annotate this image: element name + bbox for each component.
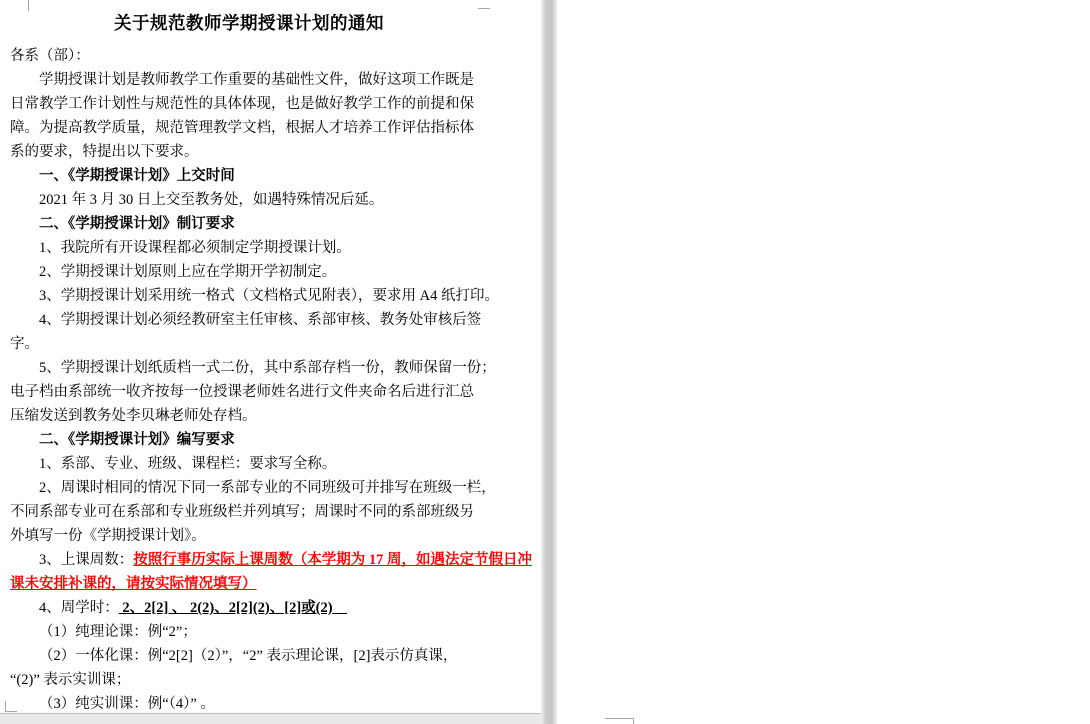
document-title: 关于规范教师学期授课计划的通知 bbox=[114, 13, 384, 33]
text-run: 不同系部专业可在系部和专业班级栏并列填写；周课时不同的系部班级另 bbox=[10, 504, 474, 520]
text-line: 2021 年 3 月 30 日上交至教务处，如遇特殊情况后延。 bbox=[10, 188, 488, 212]
text-line: “(2)” 表示实训课； bbox=[10, 668, 488, 692]
text-run: “(2)” 表示实训课； bbox=[10, 672, 130, 688]
text-line: 障。为提高教学质量，规范管理教学文档，根据人才培养工作评估指标体 bbox=[10, 116, 488, 140]
text-line: 课未安排补课的，请按实际情况填写） bbox=[10, 572, 488, 596]
text-run: 字。 bbox=[10, 336, 39, 352]
bold-heading-run: 一、《学期授课计划》上交时间 bbox=[39, 168, 235, 184]
text-line: 1、我院所有开设课程都必须制定学期授课计划。 bbox=[10, 236, 488, 260]
text-run: （2）一体化课：例“2[2]（2）”，“2” 表示理论课，[2]表示仿真课， bbox=[39, 648, 457, 664]
text-run: 4、学期授课计划必须经教研室主任审核、系部审核、教务处审核后签 bbox=[39, 312, 481, 328]
text-run: 2021 年 3 月 30 日上交至教务处，如遇特殊情况后延。 bbox=[39, 192, 383, 208]
text-boundary-mark-top-right bbox=[478, 8, 490, 9]
page-2: 5、本学期课时分配表：（1）教学模式：分理论、一体化、实习；（2）纯理论课：应在… bbox=[557, 0, 1090, 724]
text-line: 外填写一份《学期授课计划》。 bbox=[10, 524, 488, 548]
text-boundary-mark-bottom-left bbox=[5, 701, 17, 712]
text-run: 3、学期授课计划采用统一格式（文档格式见附表），要求用 A4 纸打印。 bbox=[39, 288, 499, 304]
word-document-view: 关于规范教师学期授课计划的通知各系（部）：学期授课计划是教师教学工作重要的基础性… bbox=[0, 0, 1090, 724]
text-line: 5、学期授课计划纸质档一式二份，其中系部存档一份，教师保留一份； bbox=[10, 356, 488, 380]
text-boundary-mark-top-left bbox=[28, 0, 29, 11]
text-line: 不同系部专业可在系部和专业班级栏并列填写；周课时不同的系部班级另 bbox=[10, 500, 488, 524]
text-run: 4、周学时： bbox=[39, 600, 119, 616]
text-line: 4、周学时： 2、2[2] 、 2(2)、2[2](2)、[2]或(2) bbox=[10, 596, 488, 620]
text-line: 2、周课时相同的情况下同一系部专业的不同班级可并排写在班级一栏， bbox=[10, 476, 488, 500]
text-boundary-mark-page2-bottom bbox=[605, 718, 634, 724]
bold-heading-run: 二、《学期授课计划》制订要求 bbox=[39, 216, 235, 232]
page-1-text-area: 关于规范教师学期授课计划的通知各系（部）：学期授课计划是教师教学工作重要的基础性… bbox=[10, 8, 488, 716]
text-run: （3）纯实训课：例“（4）” 。 bbox=[39, 696, 215, 712]
text-line: 字。 bbox=[10, 332, 488, 356]
text-line: 3、上课周数：按照行事历实际上课周数（本学期为 17 周，如遇法定节假日冲 bbox=[10, 548, 488, 572]
text-line: 日常教学工作计划性与规范性的具体体现，也是做好教学工作的前提和保 bbox=[10, 92, 488, 116]
page-gap bbox=[541, 0, 557, 724]
text-run: 5、学期授课计划纸质档一式二份，其中系部存档一份，教师保留一份； bbox=[39, 360, 496, 376]
underlined-value-run: 2、2[2] 、 2(2)、2[2](2)、[2]或(2) bbox=[119, 600, 347, 616]
text-line: 2、学期授课计划原则上应在学期开学初制定。 bbox=[10, 260, 488, 284]
red-underlined-run: 按照行事历实际上课周数（本学期为 17 周，如遇法定节假日冲 bbox=[133, 552, 532, 568]
text-run: 学期授课计划是教师教学工作重要的基础性文件，做好这项工作既是 bbox=[39, 72, 474, 88]
page-1: 关于规范教师学期授课计划的通知各系（部）：学期授课计划是教师教学工作重要的基础性… bbox=[0, 0, 541, 713]
text-run: 1、系部、专业、班级、课程栏：要求写全称。 bbox=[39, 456, 336, 472]
text-run: 2、学期授课计划原则上应在学期开学初制定。 bbox=[39, 264, 336, 280]
text-line: （1）纯理论课：例“2”； bbox=[10, 620, 488, 644]
text-line: 3、学期授课计划采用统一格式（文档格式见附表），要求用 A4 纸打印。 bbox=[10, 284, 488, 308]
text-line: 一、《学期授课计划》上交时间 bbox=[10, 164, 488, 188]
text-line: 系的要求，特提出以下要求。 bbox=[10, 140, 488, 164]
text-line: （2）一体化课：例“2[2]（2）”，“2” 表示理论课，[2]表示仿真课， bbox=[10, 644, 488, 668]
bold-heading-run: 二、《学期授课计划》编写要求 bbox=[39, 432, 235, 448]
page-bottom-edge bbox=[0, 713, 541, 724]
title-line: 关于规范教师学期授课计划的通知 bbox=[10, 8, 488, 44]
text-run: 外填写一份《学期授课计划》。 bbox=[10, 528, 206, 544]
text-run: 3、上课周数： bbox=[39, 552, 133, 568]
text-line: 4、学期授课计划必须经教研室主任审核、系部审核、教务处审核后签 bbox=[10, 308, 488, 332]
text-run: 各系（部）： bbox=[10, 48, 90, 64]
text-line: 二、《学期授课计划》编写要求 bbox=[10, 428, 488, 452]
text-line: 1、系部、专业、班级、课程栏：要求写全称。 bbox=[10, 452, 488, 476]
red-underlined-run: 课未安排补课的，请按实际情况填写） bbox=[10, 576, 257, 592]
text-line: 二、《学期授课计划》制订要求 bbox=[10, 212, 488, 236]
text-line: 压缩发送到教务处李贝琳老师处存档。 bbox=[10, 404, 488, 428]
text-run: 压缩发送到教务处李贝琳老师处存档。 bbox=[10, 408, 257, 424]
text-line: 学期授课计划是教师教学工作重要的基础性文件，做好这项工作既是 bbox=[10, 68, 488, 92]
text-run: 电子档由系部统一收齐按每一位授课老师姓名进行文件夹命名后进行汇总 bbox=[10, 384, 474, 400]
text-run: 障。为提高教学质量，规范管理教学文档，根据人才培养工作评估指标体 bbox=[10, 120, 474, 136]
text-line: 电子档由系部统一收齐按每一位授课老师姓名进行文件夹命名后进行汇总 bbox=[10, 380, 488, 404]
text-run: 1、我院所有开设课程都必须制定学期授课计划。 bbox=[39, 240, 351, 256]
text-line: 各系（部）： bbox=[10, 44, 488, 68]
text-run: 系的要求，特提出以下要求。 bbox=[10, 144, 199, 160]
text-run: 日常教学工作计划性与规范性的具体体现，也是做好教学工作的前提和保 bbox=[10, 96, 474, 112]
text-run: （1）纯理论课：例“2”； bbox=[39, 624, 197, 640]
text-run: 2、周课时相同的情况下同一系部专业的不同班级可并排写在班级一栏， bbox=[39, 480, 496, 496]
